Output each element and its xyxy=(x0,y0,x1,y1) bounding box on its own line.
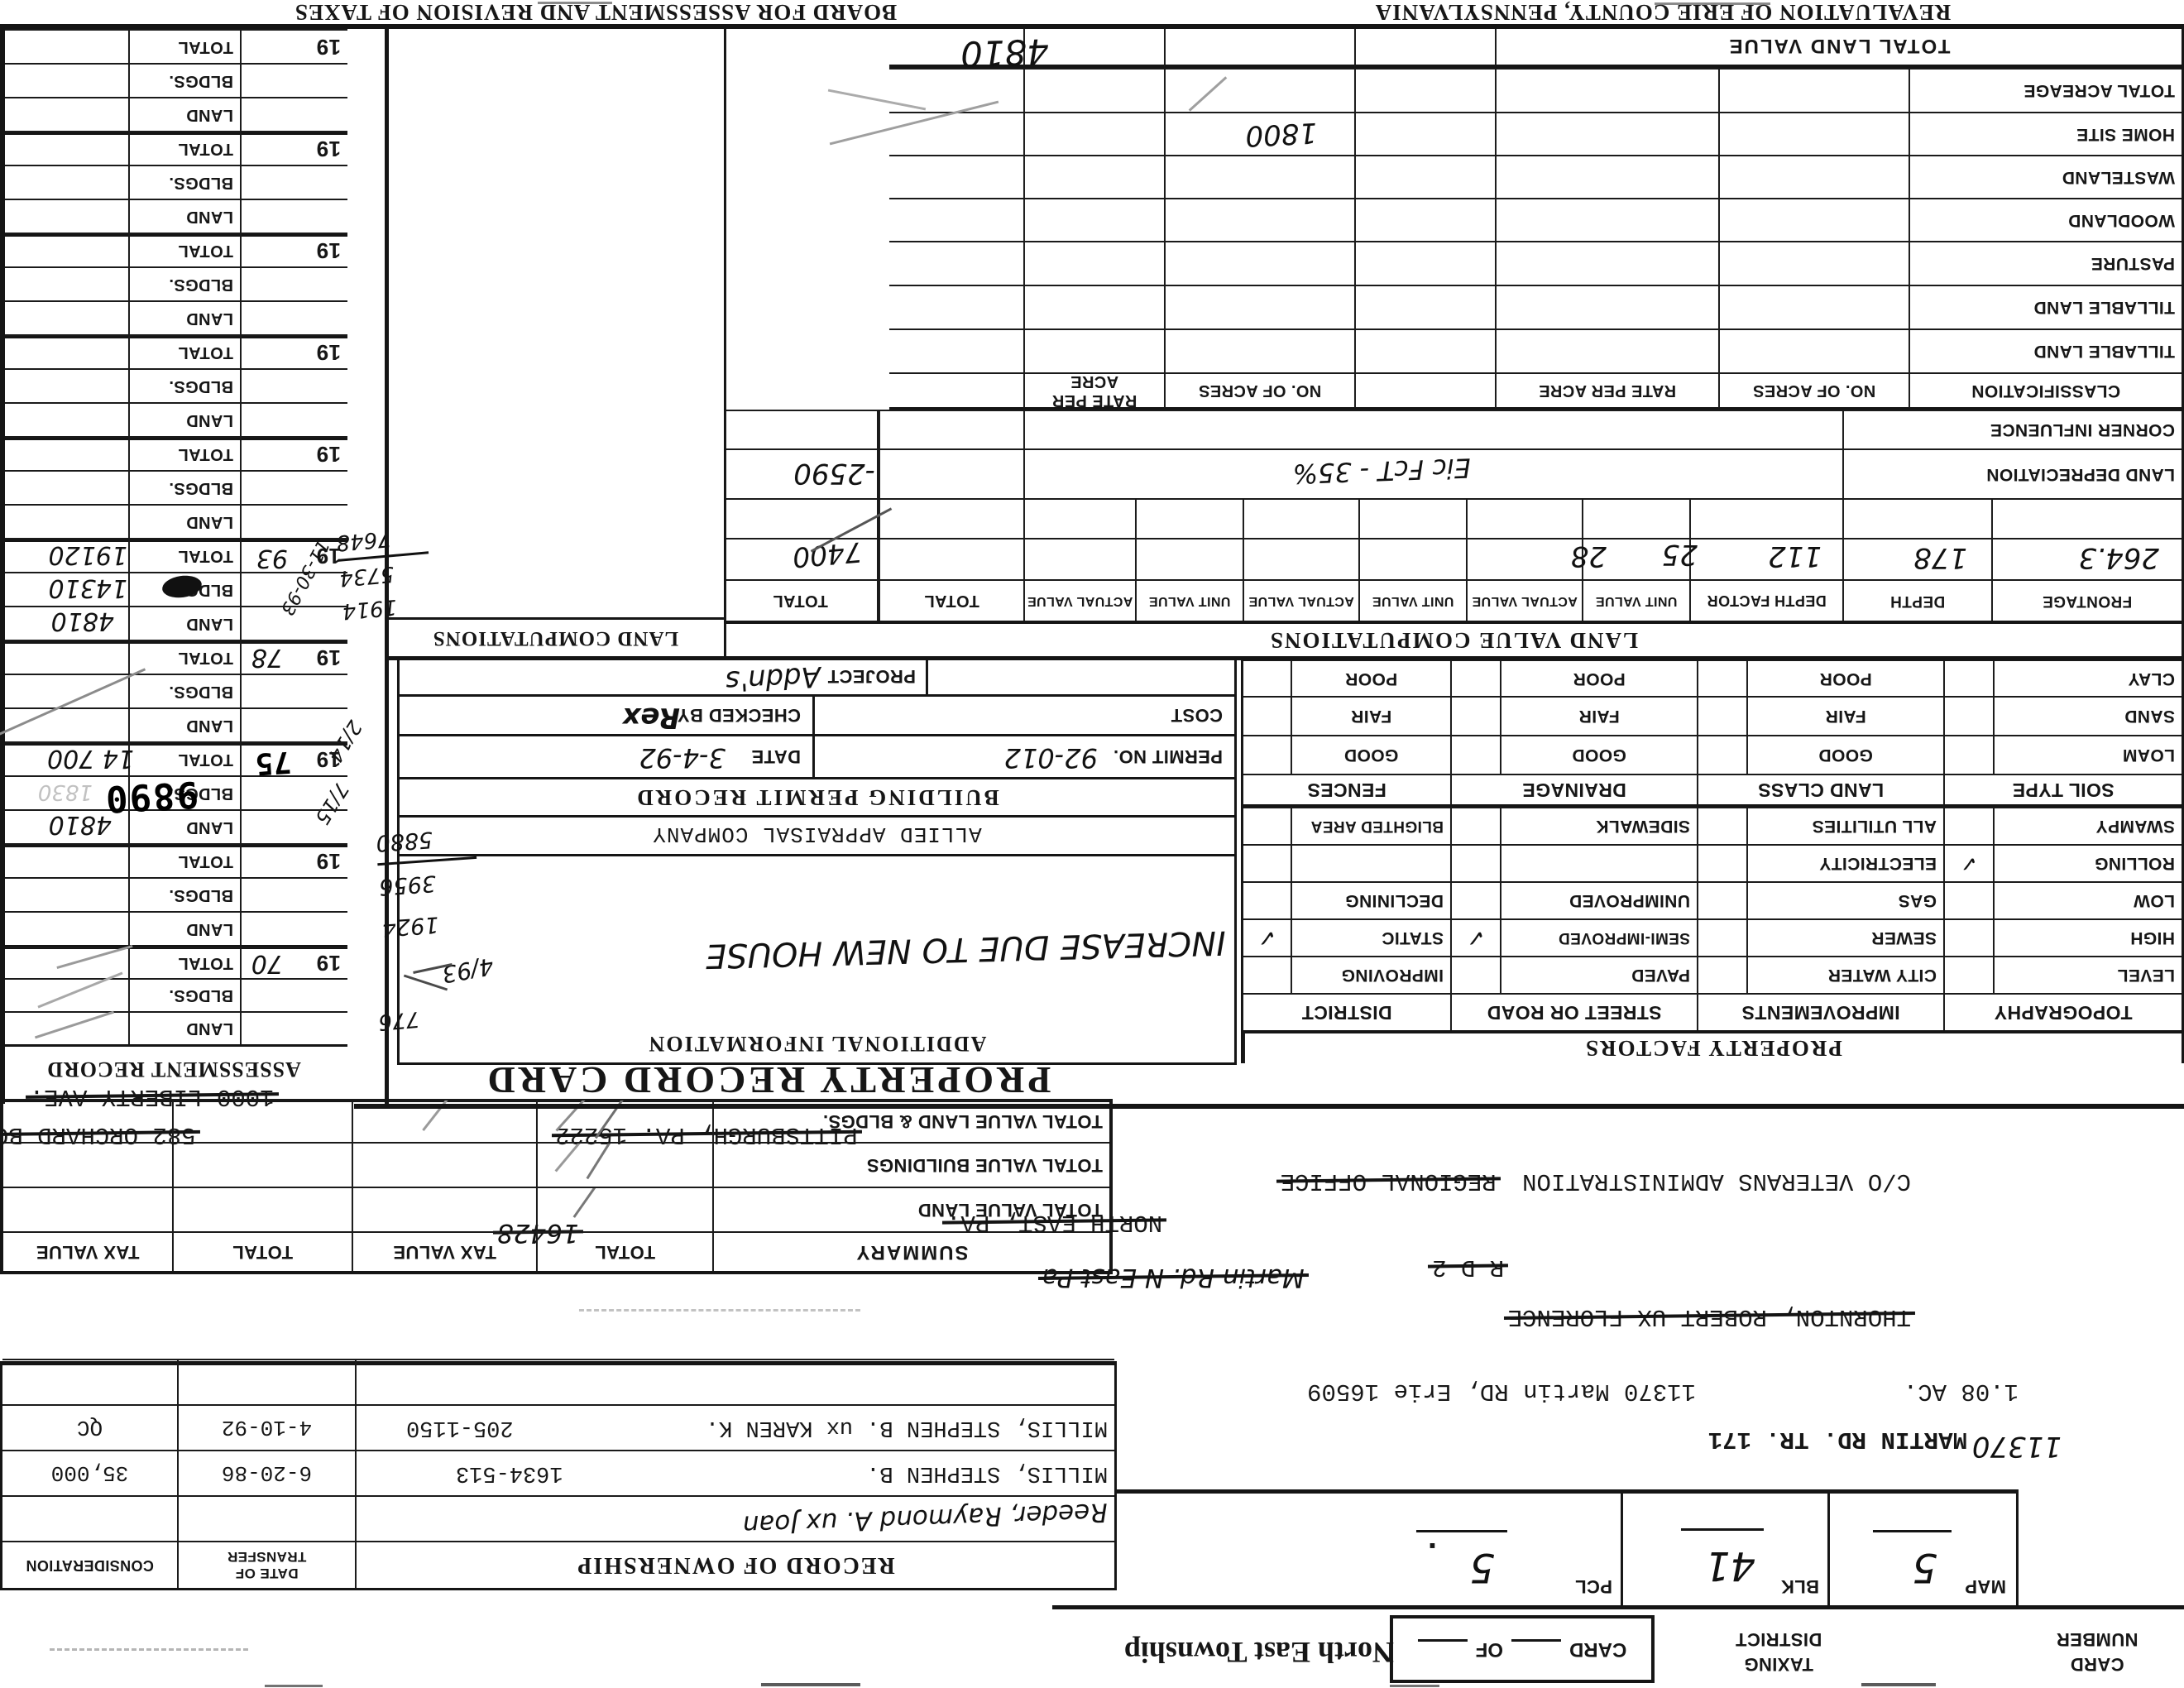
cost-label: COST xyxy=(1171,704,1223,726)
card-of-card-label: CARD xyxy=(1569,1638,1626,1661)
class-cell xyxy=(1354,241,1495,285)
total-value-buildings-label: TOTAL VALUE BUILDINGS xyxy=(712,1142,1109,1187)
unit-value-header: UNIT VALUE xyxy=(1582,579,1689,621)
factor-blighted-area: BLIGHTED AREA xyxy=(1291,807,1450,844)
permit-header-divider xyxy=(400,777,1234,779)
street-name: MARTIN RD. TR. 171 xyxy=(1708,1426,1967,1453)
factor-level: LEVEL xyxy=(1993,956,2182,993)
date-of-label: DATE OF xyxy=(235,1566,298,1582)
record-of-ownership-table: RECORD OF OWNERSHIP DATE OF TRANSFER CON… xyxy=(0,1361,1117,1590)
declining-checkbox xyxy=(1243,881,1291,918)
actual-value-header-2: ACTUAL VALUE xyxy=(1243,579,1358,621)
transfer-date: 4-10-92 xyxy=(177,1404,355,1450)
improvements-header: IMPROVEMENTS xyxy=(1697,993,1943,1030)
factor-unimproved: UNIMPROVED xyxy=(1500,881,1697,918)
fences-fair-checkbox xyxy=(1243,696,1291,735)
class-cell xyxy=(1354,155,1495,198)
section-divider-heavy xyxy=(354,1104,2184,1109)
total-value-cell xyxy=(5,640,128,674)
land-value-cell xyxy=(5,300,128,334)
home-site-rate-handwritten: 1800 xyxy=(1244,116,1318,152)
total-row-label: TOTAL xyxy=(128,538,240,572)
consideration-amount: 35,000 xyxy=(2,1450,177,1495)
drainage-fair: FAIR xyxy=(1500,696,1697,735)
district-blank-checkbox xyxy=(1243,844,1291,881)
lvc-cell xyxy=(1358,538,1466,579)
year-cell xyxy=(240,470,347,504)
total-header: TOTAL xyxy=(536,1231,712,1271)
total-row-label: TOTAL xyxy=(128,741,240,775)
assessment-record-title: ASSESSMENT RECORD xyxy=(0,1057,347,1081)
year-cell xyxy=(240,368,347,402)
owner-name-typed: MILLIS, STEPHEN B. xyxy=(866,1461,1108,1486)
class-cell xyxy=(1354,68,1495,112)
wasteland-row: WASTELAND xyxy=(1909,155,2182,198)
land-row-label: LAND xyxy=(128,300,240,334)
land-value-cell xyxy=(5,402,128,436)
rate-per-acre-header-2: RATE PER ACRE xyxy=(1023,372,1164,410)
pasture-row: PASTURE xyxy=(1909,241,2182,285)
card-of-of-label: OF xyxy=(1476,1638,1503,1661)
appraisal-company-row: ALLIED APPRAISAL COMPANY xyxy=(397,815,1237,856)
class-cell xyxy=(1718,241,1909,285)
class-cell xyxy=(1354,328,1495,372)
permit-no-label: PERMIT NO. xyxy=(1114,746,1223,767)
bldgs-row-label: BLDGS. xyxy=(128,266,240,300)
number-label: NUMBER xyxy=(2031,1627,2163,1652)
checked-by-handwritten: Rex xyxy=(623,701,680,734)
land-row-label: LAND xyxy=(128,1011,240,1044)
class-cell xyxy=(889,198,1023,241)
transfer-label: TRANSFER xyxy=(227,1549,307,1566)
fences-poor: POOR xyxy=(1291,659,1450,696)
card-of-blank-1 xyxy=(1511,1640,1561,1659)
home-site-row: HOME SITE xyxy=(1909,112,2182,155)
actual-value-header-3: ACTUAL VALUE xyxy=(1023,579,1135,621)
district-label: DISTRICT xyxy=(1696,1627,1861,1652)
class-cell xyxy=(1164,285,1354,328)
tax2-buildings-cell xyxy=(3,1142,172,1187)
class-cell xyxy=(1718,328,1909,372)
lvc-cell xyxy=(1135,538,1243,579)
lvc-cell xyxy=(1243,498,1358,538)
assessment-group-blank-1: LAND BLDGS. 19TOTAL xyxy=(5,843,347,945)
blighted-area-checkbox xyxy=(1243,807,1291,844)
year-prefix: 19 xyxy=(240,233,347,266)
land-computations-title: LAND COMPUTATIONS xyxy=(387,626,724,650)
sidewalk-checkbox xyxy=(1450,807,1500,844)
depreciation-total1-cell xyxy=(879,448,1023,498)
land-value-cell xyxy=(5,199,128,233)
blk-value-underline xyxy=(1681,1528,1764,1531)
lvc-cell xyxy=(879,538,1023,579)
blk-pcl-divider xyxy=(1621,1494,1623,1605)
land-row-label: LAND xyxy=(128,606,240,640)
tax-value2-header: TAX VALUE xyxy=(3,1231,172,1271)
scan-edge-mark xyxy=(761,1683,860,1686)
class-cell xyxy=(1354,25,1495,68)
factor-sewer: SEWER xyxy=(1746,918,1943,956)
year-cell xyxy=(240,63,347,97)
total2-land-bldgs-cell xyxy=(172,1099,352,1142)
land-class-poor: POOR xyxy=(1746,659,1943,696)
property-factors-table: PROPERTY FACTORS TOPOGRAPHY IMPROVEMENTS… xyxy=(1241,658,2184,1063)
scan-edge-mark xyxy=(265,1685,323,1687)
drainage-good: GOOD xyxy=(1500,735,1697,774)
total-value-land-cell xyxy=(536,1187,712,1231)
soil-loam: LOAM xyxy=(1993,735,2182,774)
class-cell xyxy=(1495,155,1718,198)
all-utilities-checkbox xyxy=(1697,807,1746,844)
owner-row-1-date xyxy=(177,1495,355,1541)
total-14700-handwritten: 14 700 xyxy=(47,744,134,773)
owner-row-3: MILLIS, STEPHEN B. ux KAREN K. 205-1150 xyxy=(355,1404,1114,1450)
woodland-row: WOODLAND xyxy=(1909,198,2182,241)
total-header-2: TOTAL xyxy=(724,579,879,621)
pencil-slash xyxy=(587,1142,624,1179)
lvc-cell xyxy=(1358,498,1466,538)
class-cell xyxy=(889,328,1023,372)
factor-all-utilities: ALL UTILITIES xyxy=(1746,807,1943,844)
land-class-fair: FAIR xyxy=(1746,696,1943,735)
unimproved-checkbox xyxy=(1450,881,1500,918)
lvc-cell xyxy=(1466,538,1582,579)
building-permit-record-title: BUILDING PERMIT RECORD xyxy=(400,784,1234,810)
card-of-blank-2 xyxy=(1418,1640,1468,1659)
fences-poor-checkbox xyxy=(1243,659,1291,696)
factor-electricity: ELECTRICITY xyxy=(1746,844,1943,881)
corner-open-cell xyxy=(1023,410,1842,448)
tax2-land-cell xyxy=(3,1187,172,1231)
project-handwritten: Addn's xyxy=(725,659,821,698)
margin-sum-1-a: 1924 xyxy=(381,900,482,948)
year-cell xyxy=(240,300,347,334)
total-row-label: TOTAL xyxy=(128,436,240,470)
margin-sum-1-b: 3956 xyxy=(378,859,480,907)
land-row-label: LAND xyxy=(128,707,240,741)
class-cell xyxy=(1164,25,1354,68)
bldgs-value-cell xyxy=(5,368,128,402)
soil-type-header: SOIL TYPE xyxy=(1943,774,2182,807)
land-row-label: LAND xyxy=(128,97,240,131)
bldgs-row-label: BLDGS. xyxy=(128,165,240,199)
blk-value-handwritten: 41 xyxy=(1705,1542,1755,1589)
map-blk-divider xyxy=(1827,1494,1830,1605)
land-computations-box: LAND COMPUTATIONS xyxy=(387,25,726,656)
acreage: 1.08 AC. xyxy=(1904,1378,2019,1405)
factor-city-water: CITY WATER xyxy=(1746,956,1943,993)
topography-header: TOPOGRAPHY xyxy=(1943,993,2182,1030)
class-cell xyxy=(1718,68,1909,112)
unit-value-header-2: UNIT VALUE xyxy=(1358,579,1466,621)
bldgs-9890-stamped: 9890 xyxy=(103,773,199,820)
bldgs-value-cell xyxy=(5,63,128,97)
year-cell xyxy=(240,266,347,300)
owner-row-4-consideration-blank xyxy=(2,1359,177,1404)
class-cell xyxy=(1495,112,1718,155)
total-value-cell xyxy=(5,843,128,877)
year-cell xyxy=(240,707,347,741)
land-value-cell xyxy=(5,911,128,945)
street-blank-cell xyxy=(1500,844,1697,881)
year-cell xyxy=(240,877,347,911)
summary-table: SUMMARY TOTAL TAX VALUE TOTAL TAX VALUE … xyxy=(0,1099,1113,1274)
city-water-checkbox xyxy=(1697,956,1746,993)
factor-improving: IMPROVING xyxy=(1291,956,1450,993)
year-1970-handwritten: 70 xyxy=(251,949,283,978)
land-row-label: LAND xyxy=(128,911,240,945)
ownership-title: RECORD OF OWNERSHIP xyxy=(355,1541,1114,1588)
sewer-checkbox xyxy=(1697,918,1746,956)
assessment-left-heavy-border xyxy=(385,25,389,1104)
lvc-cell xyxy=(1023,498,1135,538)
class-cell xyxy=(1023,241,1164,285)
class-value-col-header xyxy=(1354,372,1495,410)
fences-good: GOOD xyxy=(1291,735,1450,774)
bldgs-pencil-faint: 1830 xyxy=(38,779,93,804)
year-prefix: 19 xyxy=(240,436,347,470)
scan-edge-mark xyxy=(538,2,612,4)
permit-column-divider xyxy=(812,697,815,779)
permit-no-handwritten: 92-012 xyxy=(1004,742,1098,774)
bldgs-row-label: BLDGS. xyxy=(128,978,240,1011)
total-row-label: TOTAL xyxy=(128,131,240,165)
pencil-dash-mark xyxy=(579,1309,860,1312)
lvc-cell xyxy=(1023,538,1135,579)
year-cell xyxy=(240,809,347,843)
total-acreage-row: TOTAL ACREAGE xyxy=(1909,68,2182,112)
total-land-value-handwritten: 4810 xyxy=(960,31,1050,74)
factor-declining: DECLINING xyxy=(1291,881,1450,918)
unit-value-handwritten: 25 xyxy=(1662,538,1698,571)
tax-value-header: TAX VALUE xyxy=(352,1231,536,1271)
factor-swampy: SWAMPY xyxy=(1993,807,2182,844)
year-1993-handwritten: 93 xyxy=(256,544,288,573)
land-class-poor-checkbox xyxy=(1697,659,1746,696)
land-value-cell xyxy=(5,97,128,131)
lvc-cell xyxy=(1582,498,1689,538)
lvc-cell xyxy=(724,498,879,538)
total-row-label: TOTAL xyxy=(128,334,240,368)
class-cell xyxy=(1023,68,1164,112)
total2-land-cell xyxy=(172,1187,352,1231)
class-cell xyxy=(889,241,1023,285)
land-row-label: LAND xyxy=(128,199,240,233)
class-cell xyxy=(889,112,1023,155)
class-cell xyxy=(889,155,1023,198)
district-header: DISTRICT xyxy=(1243,993,1450,1030)
assessment-group-1978: LAND BLDGS. 19TOTAL xyxy=(5,640,347,741)
consideration-code: QC xyxy=(2,1404,177,1450)
land-depreciation-label: LAND DEPRECIATION xyxy=(1842,448,2182,498)
prior-address-line1-struck: R D 2 xyxy=(1432,1254,1504,1281)
care-of-text: C/O VETERANS ADMINISTRATION xyxy=(1522,1168,1911,1195)
map-label: MAP xyxy=(1965,1575,2006,1597)
corner-total1-cell xyxy=(879,410,1023,448)
classification-table: CLASSIFICATION NO. OF ACRES RATE PER ACR… xyxy=(726,25,2184,410)
land-row-label: LAND xyxy=(128,504,240,538)
loam-checkbox xyxy=(1943,735,1993,774)
class-cell xyxy=(1164,155,1354,198)
factor-rolling: ROLLING xyxy=(1993,844,2182,881)
total-value-cell xyxy=(5,334,128,368)
increase-note-handwritten: INCREASE DUE TO NEW HOUSE xyxy=(440,923,1227,982)
pcl-value-underline xyxy=(1416,1530,1507,1532)
permit-row-divider xyxy=(400,734,1234,736)
no-of-acres-header: NO. OF ACRES xyxy=(1718,372,1909,410)
bldgs-row-label: BLDGS. xyxy=(128,674,240,707)
pcl-value-handwritten: 5 xyxy=(1469,1544,1495,1590)
factor-low: LOW xyxy=(1993,881,2182,918)
scan-edge-mark xyxy=(1655,2,1770,5)
total-value-cell xyxy=(5,436,128,470)
land-value-cell xyxy=(5,504,128,538)
property-factors-title: PROPERTY FACTORS xyxy=(1243,1030,2182,1063)
year-cell xyxy=(240,911,347,945)
class-cell xyxy=(1023,112,1164,155)
lvc-cell xyxy=(1689,498,1842,538)
total-value-cell xyxy=(5,131,128,165)
year-prefix: 19 xyxy=(240,334,347,368)
gas-checkbox xyxy=(1697,881,1746,918)
land-row-label: LAND xyxy=(128,402,240,436)
total-row-label: TOTAL xyxy=(128,29,240,63)
margin-number-handwritten: 776 xyxy=(377,1006,420,1034)
owner-name-typed: MILLIS, STEPHEN B. ux KAREN K. xyxy=(706,1416,1108,1441)
class-cell xyxy=(1354,198,1495,241)
card-number-label: CARD NUMBER xyxy=(2031,1627,2163,1676)
class-cell xyxy=(1718,198,1909,241)
year-cell xyxy=(240,97,347,131)
assessment-group-blank-5: LAND BLDGS. 19TOTAL xyxy=(5,131,347,233)
blk-label: BLK xyxy=(1781,1575,1819,1597)
class-cell xyxy=(1495,198,1718,241)
lvc-cell xyxy=(1842,498,1991,538)
land-value-computations-title: LAND VALUE COMPUTATIONS xyxy=(724,621,2182,656)
low-checkbox xyxy=(1943,881,1993,918)
total-value-buildings-cell xyxy=(536,1142,712,1187)
unit-value-header-3: UNIT VALUE xyxy=(1135,579,1243,621)
scan-edge-mark xyxy=(1861,1683,1936,1686)
drainage-header: DRAINAGE xyxy=(1450,774,1697,807)
frontage-value-handwritten: 264.3 xyxy=(2079,541,2159,574)
map-blk-pcl-row: MAP BLK PCL 5 41 5 . xyxy=(1117,1489,2019,1605)
pcl-period: . xyxy=(1428,1535,1437,1572)
assessment-group-blank-4: LAND BLDGS. 19TOTAL xyxy=(5,233,347,334)
swampy-checkbox xyxy=(1943,807,1993,844)
class-cell xyxy=(1495,241,1718,285)
year-prefix: 19 xyxy=(240,843,347,877)
total2-buildings-cell xyxy=(172,1142,352,1187)
land-4810-handwritten: 4810 xyxy=(49,810,112,839)
lvc-cell xyxy=(1135,498,1243,538)
lvc-cell xyxy=(1466,498,1582,538)
improving-checkbox xyxy=(1243,956,1291,993)
date-of-transfer-header: DATE OF TRANSFER xyxy=(177,1541,355,1588)
class-cell xyxy=(1023,198,1164,241)
year-cell xyxy=(240,674,347,707)
actual-value-handwritten: 28 xyxy=(1571,539,1607,573)
pencil-slash xyxy=(573,1187,604,1218)
class-cell xyxy=(1495,328,1718,372)
tax-value-buildings-cell xyxy=(352,1142,536,1187)
project-cell-divider xyxy=(926,660,928,697)
document-rotated-180: CARD NUMBER TAXING DISTRICT CARD OF Nort… xyxy=(0,0,2184,1688)
factor-static: STATIC xyxy=(1291,918,1450,956)
static-checkmark: ✓ xyxy=(1243,918,1291,956)
owner-row-4-blank xyxy=(355,1359,1114,1404)
lvc-cell xyxy=(1243,538,1358,579)
permit-date-handwritten: 3-4-92 xyxy=(639,742,726,774)
fences-good-checkbox xyxy=(1243,735,1291,774)
regional-office-struck: REGIONAL OFFICE xyxy=(1281,1168,1497,1195)
year-cell xyxy=(240,1011,347,1044)
drainage-good-checkbox xyxy=(1450,735,1500,774)
land-class-header: LAND CLASS xyxy=(1697,774,1943,807)
assessment-group-blank-6: LAND BLDGS. 19TOTAL xyxy=(5,29,347,131)
taxing-district-label: TAXING DISTRICT xyxy=(1696,1627,1861,1676)
depth-factor-header: DEPTH FACTOR xyxy=(1689,579,1842,621)
rate-per-acre-header: RATE PER ACRE xyxy=(1495,372,1718,410)
land-section-top-line xyxy=(387,656,2184,660)
rolling-checkmark: ✓ xyxy=(1943,844,1993,881)
tillable-land-row-2: TILLABLE LAND xyxy=(1909,285,2182,328)
fences-header: FENCES xyxy=(1243,774,1450,807)
owner-row-2: MILLIS, STEPHEN B. 1634-513 xyxy=(355,1450,1114,1495)
no-of-acres-header-2: NO. OF ACRES xyxy=(1164,372,1354,410)
drainage-fair-checkbox xyxy=(1450,696,1500,735)
class-cell xyxy=(1023,328,1164,372)
card-label: CARD xyxy=(2031,1652,2163,1676)
land-class-good: GOOD xyxy=(1746,735,1943,774)
bldgs-value-cell xyxy=(5,470,128,504)
class-cell xyxy=(1023,155,1164,198)
additional-information-box: ADDITIONAL INFORMATION INCREASE DUE TO N… xyxy=(397,856,1237,1065)
tax2-land-bldgs-cell xyxy=(3,1099,172,1142)
township-name: North East Township xyxy=(1113,1635,1394,1670)
total-land-value-label: TOTAL LAND VALUE xyxy=(1495,25,2182,68)
year-cell xyxy=(240,978,347,1011)
factor-high: HIGH xyxy=(1993,918,2182,956)
depreciation-note-handwritten: Eic FcT - 35% xyxy=(1292,452,1472,489)
tillable-land-row-1: TILLABLE LAND xyxy=(1909,328,2182,372)
total-value-land-label: TOTAL VALUE LAND xyxy=(712,1187,1109,1231)
bldgs-14310-handwritten: 14310 xyxy=(49,573,127,602)
summary-header: SUMMARY xyxy=(712,1231,1109,1271)
land-computations-title-underline xyxy=(385,617,724,620)
bldgs-row-label: BLDGS. xyxy=(128,470,240,504)
project-label: PROJECT xyxy=(827,665,916,687)
map-value-handwritten: 5 xyxy=(1912,1544,1937,1590)
card-of-box: CARD OF xyxy=(1390,1615,1655,1683)
bldgs-value-cell xyxy=(5,165,128,199)
deed-book-page: 1634-513 xyxy=(456,1461,563,1486)
year-1975-stamped: 75 xyxy=(254,745,292,781)
mailing-address: 11370 Martin RD, Erie 16509 xyxy=(1307,1378,1696,1405)
header-divider-line xyxy=(1052,1605,2184,1609)
total-header-1: TOTAL xyxy=(879,579,1023,621)
factor-semi-improved: SEMI-IMPROVED xyxy=(1500,918,1697,956)
map-value-underline xyxy=(1873,1530,1952,1532)
lvc-cell xyxy=(879,498,1023,538)
semi-improved-checkmark: ✓ xyxy=(1450,918,1500,956)
scan-edge-mark xyxy=(1390,1685,1439,1687)
additional-information-title: ADDITIONAL INFORMATION xyxy=(400,1031,1234,1056)
transfer-date: 6-20-86 xyxy=(177,1450,355,1495)
depth-value-handwritten: 178 xyxy=(1913,541,1967,574)
year-cell xyxy=(240,165,347,199)
class-cell xyxy=(1354,112,1495,155)
